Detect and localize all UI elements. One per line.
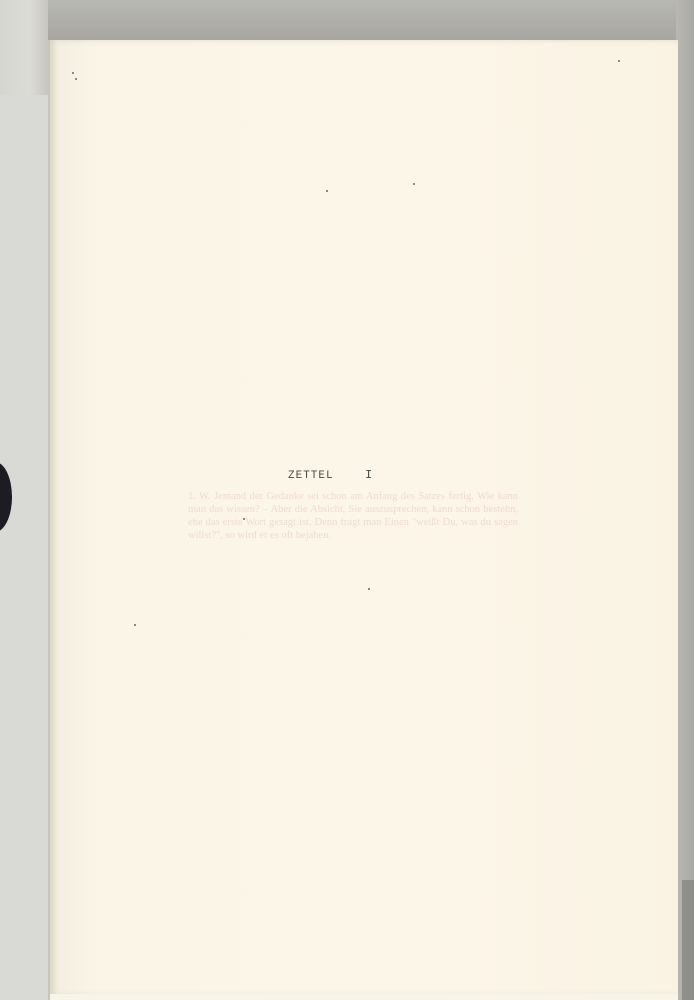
- ink-speck: [72, 72, 74, 74]
- bleed-through-paragraph: 1. W. Jemand der Gedanke sei schon am An…: [188, 490, 518, 542]
- scanner-right-margin-shadow: [682, 880, 694, 1000]
- ink-speck: [134, 624, 136, 626]
- ink-speck: [618, 60, 620, 62]
- scanner-right-margin: [676, 0, 694, 1000]
- ink-speck: [243, 518, 245, 520]
- scanner-left-margin-lower: [0, 95, 48, 1000]
- ink-speck: [413, 183, 415, 185]
- ink-speck: [75, 78, 77, 80]
- page-title-number: I: [365, 468, 372, 482]
- page-bottom-edge: [50, 994, 678, 1000]
- ink-speck: [368, 588, 370, 590]
- ink-speck: [326, 190, 328, 192]
- page-title: ZETTEL: [288, 470, 334, 482]
- scanner-top-margin: [48, 0, 694, 40]
